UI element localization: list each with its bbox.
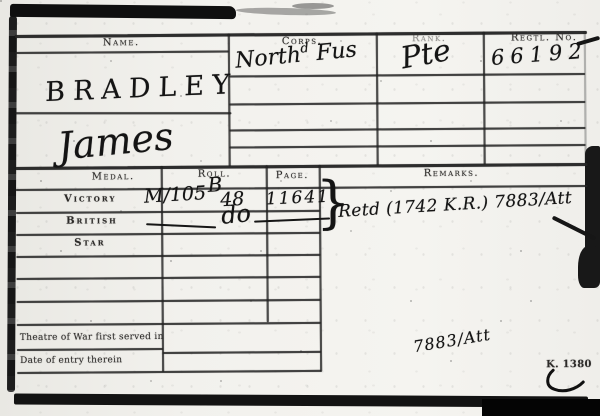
- medal-index-card-scan: Name. Corps. Rank. Regtl. No. Medal. Rol…: [0, 0, 600, 416]
- medal-row-line-6: [17, 322, 321, 326]
- remarks-column-header: Remarks.: [424, 168, 479, 179]
- medal-row-british: British: [66, 215, 118, 226]
- theatre-underline-left: [17, 348, 163, 351]
- name-header-label: Name.: [103, 37, 140, 48]
- theatre-of-war-label: Theatre of War first served in: [20, 332, 164, 343]
- ditto-dash-left: [146, 223, 216, 228]
- medal-row-line-2: [16, 232, 320, 236]
- medal-row-line-4: [16, 276, 320, 280]
- corps-row-line-4: [230, 144, 586, 148]
- rank-handwriting: Pte: [398, 33, 453, 76]
- remarks-pen-stroke: [552, 216, 596, 241]
- british-roll-ditto-handwriting: do: [220, 199, 252, 230]
- name-header-underline: [15, 50, 229, 53]
- page-column-header: Page.: [276, 170, 309, 181]
- pen-flourish-mark: [543, 368, 587, 396]
- medal-row-line-3: [16, 254, 320, 258]
- medal-row-line-5: [17, 299, 321, 303]
- remarks-ref-handwriting: 7883/Att: [412, 325, 492, 357]
- surname-handwriting: BRADLEY: [45, 69, 238, 108]
- regtl-no-handwriting: 66192: [490, 39, 588, 70]
- remarks-handwriting: Retd (1742 K.R.) 7883/Att: [338, 188, 573, 222]
- corps-row-line-3: [229, 127, 585, 131]
- theatre-underline-right: [163, 351, 321, 354]
- corps-handwriting: Northd Fus: [234, 36, 358, 73]
- forename-handwriting: James: [56, 114, 176, 169]
- medal-row-line-1: [16, 210, 320, 214]
- date-underline: [17, 370, 321, 374]
- corps-row-line-2: [229, 101, 585, 105]
- date-of-entry-label: Date of entry therein: [20, 355, 122, 366]
- medal-row-victory: Victory: [64, 193, 117, 204]
- medal-column-header: Medal.: [92, 171, 135, 182]
- surname-baseline: [15, 112, 231, 114]
- medal-row-star: Star: [74, 237, 105, 248]
